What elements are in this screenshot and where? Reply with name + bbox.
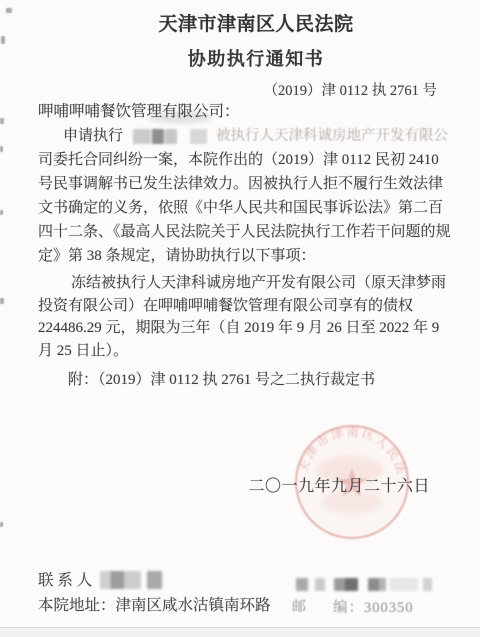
postal-label-part1: 邮 — [292, 596, 306, 616]
body-line: 号民事调解书已发生法律效力。因被执行人拒不履行生效法律 — [38, 172, 448, 196]
body-line: 定》第 38 条规定，请协助执行以下事项： — [38, 244, 448, 268]
body-line: 文书确定的义务，依照《中华人民共和国民事诉讼法》第二百 — [38, 196, 448, 220]
scan-artifact — [0, 298, 4, 304]
addressee-line: 呷哺呷哺餐饮管理有限公司： — [38, 99, 240, 121]
scan-artifact — [0, 210, 3, 215]
applicant-prefix: 申请执行 — [63, 124, 123, 148]
redaction-phone-number — [296, 578, 432, 591]
doc-title: 协助执行通知书 — [0, 49, 480, 71]
document-page: 天津市津南区人民法院 协助执行通知书 （2019）津 0112 执 2761 号… — [0, 0, 480, 637]
contact-label: 联 系 人 — [38, 568, 92, 590]
redaction-contact-name — [100, 571, 162, 589]
body-line: 投资有限公司）在呷哺呷哺餐饮管理有限公司享有的债权 — [38, 295, 450, 318]
body-line: 四十二条、《最高人民法院关于人民法院执行工作若干问题的规 — [38, 220, 448, 244]
scan-artifact — [0, 118, 4, 124]
page-bottom-edge — [0, 627, 480, 637]
postal-code: 编：300350 — [333, 596, 414, 617]
issue-date: 二〇一九年九月二十六日 — [248, 473, 430, 496]
scan-artifact — [1, 36, 5, 44]
faint-respondent-text: 被执行人天津科诚房地产开发有限公 — [216, 124, 448, 148]
court-name: 天津市津南区人民法院 — [0, 13, 480, 37]
body-line: 冻结被执行人天津科诚房地产开发有限公司（原天津梦雨 — [38, 272, 450, 295]
scan-artifact — [0, 522, 3, 527]
case-number: （2019）津 0112 执 2761 号 — [264, 79, 437, 100]
attachment-line: 附：（2019）津 0112 执 2761 号之二执行裁定书 — [38, 368, 450, 389]
body-paragraph-1: 申请执行 被执行人天津科诚房地产开发有限公 司委托合同纠纷一案，本院作出的（20… — [38, 124, 448, 268]
body-line: 224486.29 元，期限为三年（自 2019 年 9 月 26 日至 202… — [38, 317, 450, 340]
body-paragraph-2: 冻结被执行人天津科诚房地产开发有限公司（原天津梦雨 投资有限公司）在呷哺呷哺餐饮… — [38, 272, 450, 362]
court-address: 本院地址：津南区咸水沽镇南环路 — [38, 593, 271, 615]
redaction-applicant-name — [133, 129, 207, 144]
body-line: 申请执行 被执行人天津科诚房地产开发有限公 — [38, 124, 448, 148]
body-line: 司委托合同纠纷一案，本院作出的（2019）津 0112 民初 2410 — [38, 148, 448, 172]
scan-artifact — [0, 146, 3, 152]
body-line: 月 25 日止）。 — [38, 340, 450, 363]
